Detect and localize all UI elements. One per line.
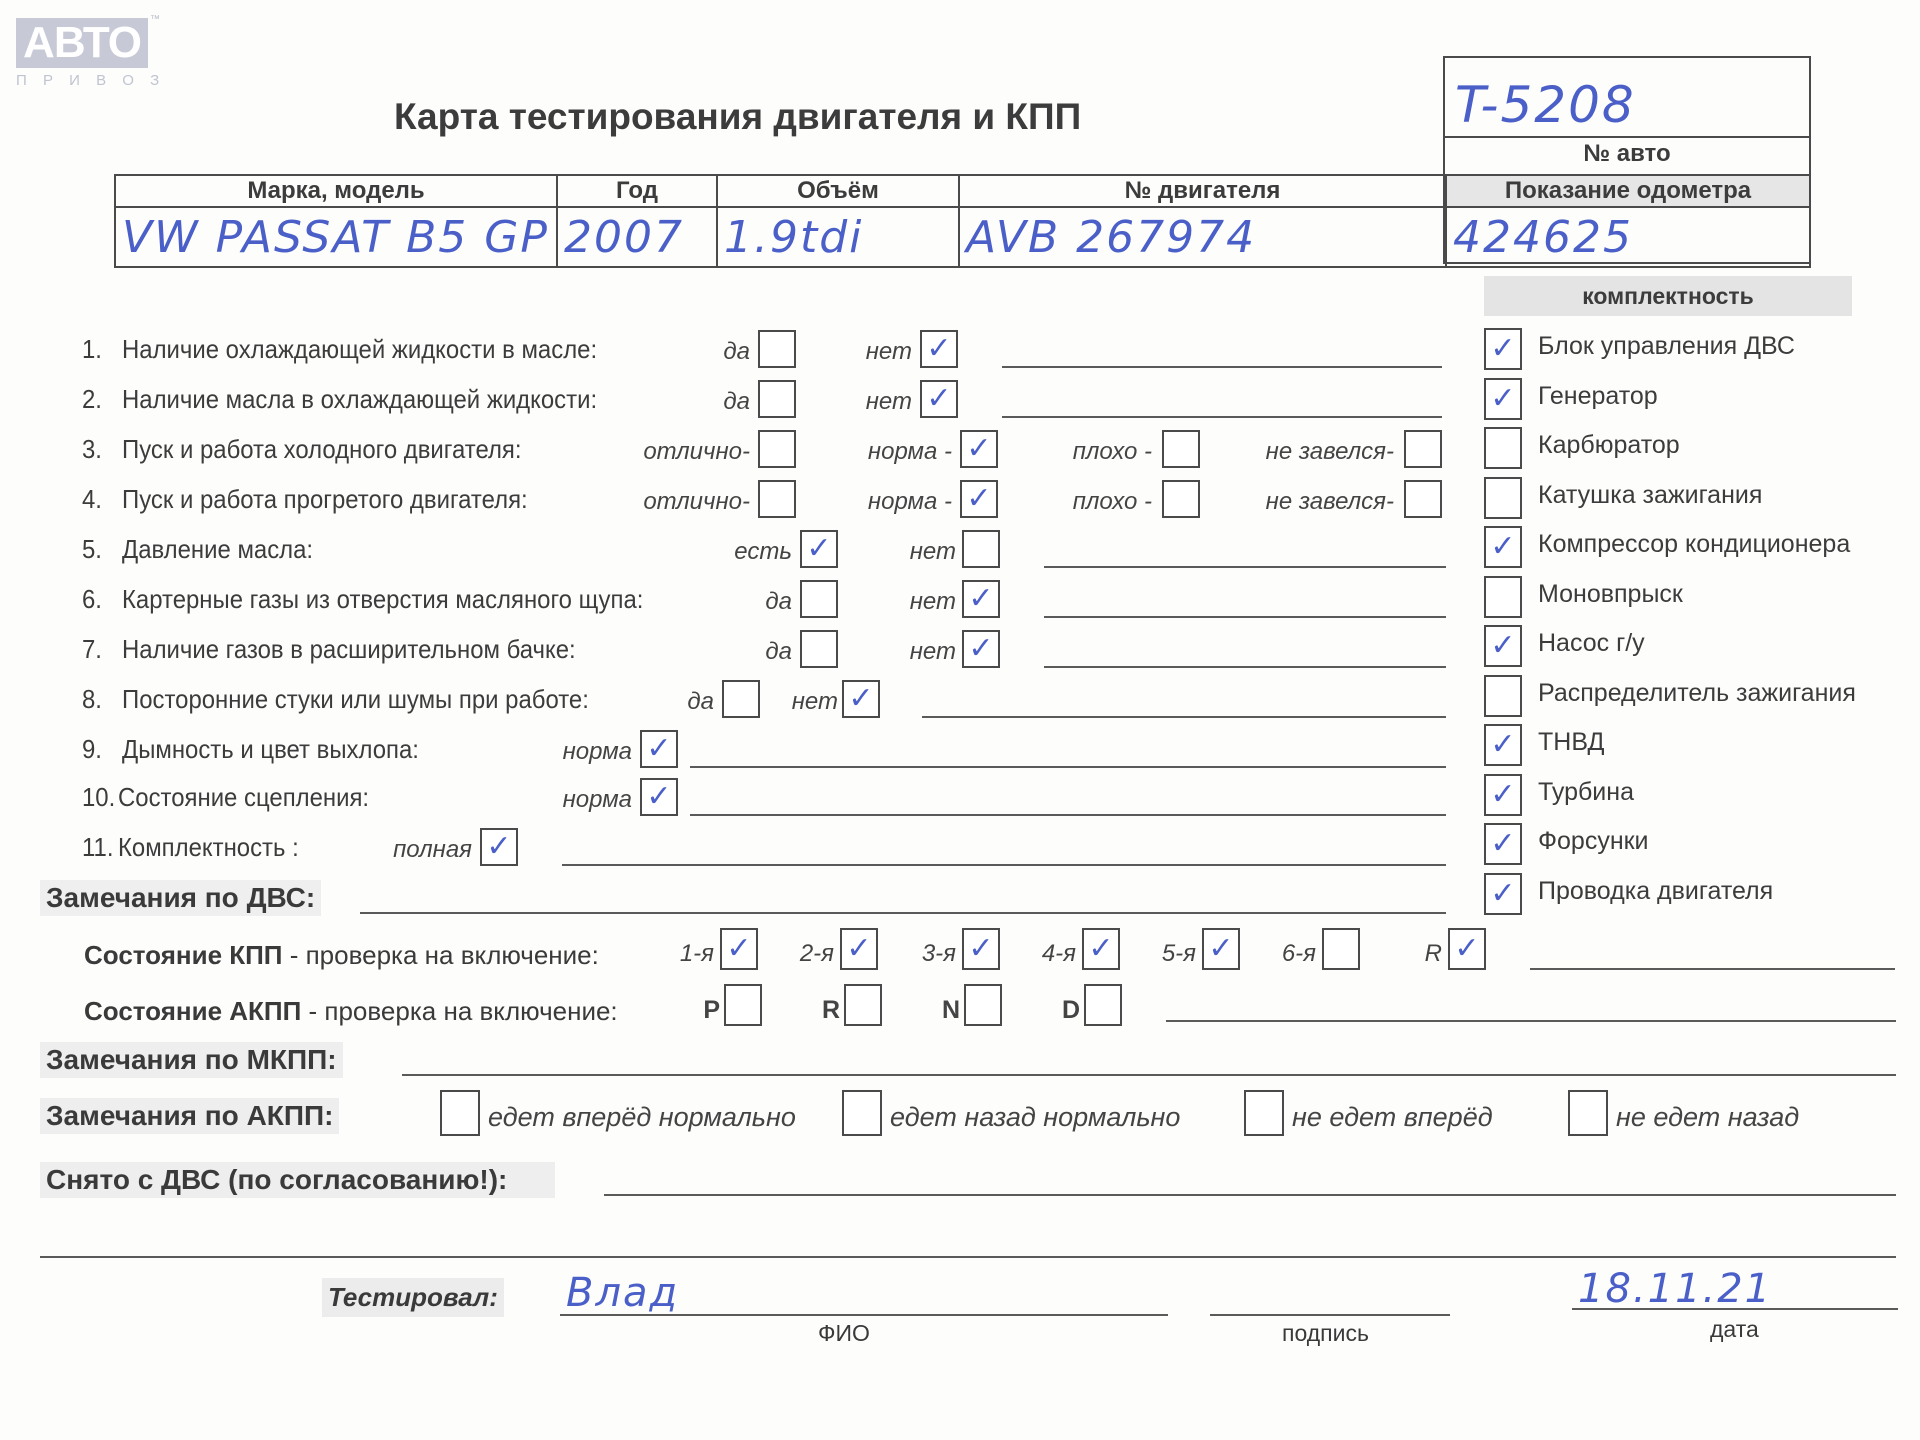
question-text: Пуск и работа холодного двигателя: (122, 434, 522, 465)
volume-value[interactable]: 1.9tdi (717, 207, 959, 267)
completeness-item-label: Проводка двигателя (1538, 877, 1773, 906)
check-mark-icon: ✓ (1486, 875, 1520, 913)
question-notes-field[interactable] (922, 716, 1446, 718)
auto-remark-label: не едет назад (1616, 1102, 1799, 1133)
signature-caption: подпись (1282, 1320, 1369, 1347)
auto-gearbox-label-bold: Состояние АКПП (84, 996, 301, 1026)
completeness-item-label: Карбюратор (1538, 431, 1680, 460)
col-label-engine-number: № двигателя (959, 175, 1446, 207)
remarks-auto-label: Замечания по АКПП: (40, 1098, 339, 1134)
option-label: плохо - (1073, 488, 1152, 516)
check-mark-icon: ✓ (482, 830, 516, 864)
option-label: норма - (868, 438, 952, 466)
question-notes-field[interactable] (1002, 416, 1442, 418)
check-mark-icon: ✓ (962, 482, 996, 516)
check-mark-icon: ✓ (1450, 930, 1484, 968)
auto-gearbox-label-rest: - проверка на включение: (301, 996, 617, 1026)
gear-checkbox[interactable]: ✓ (1202, 928, 1240, 970)
engine-number-value[interactable]: AVB 267974 (959, 207, 1446, 267)
option-label: нет (792, 688, 838, 716)
question-number: 8. (82, 684, 102, 715)
option-label: да (765, 638, 792, 666)
tested-by-label: Тестировал: (322, 1278, 504, 1317)
option-label: нет (910, 538, 956, 566)
question-notes-field[interactable] (1044, 566, 1446, 568)
option-checkbox[interactable]: ✓ (960, 480, 998, 518)
check-mark-icon: ✓ (1486, 726, 1520, 764)
question-notes-field[interactable] (690, 766, 1446, 768)
make-model-value[interactable]: VW PASSAT B5 GP (115, 207, 557, 267)
option-checkbox[interactable] (1162, 480, 1200, 518)
manual-gearbox-notes-field[interactable] (1530, 968, 1895, 970)
question-notes-field[interactable] (1002, 366, 1442, 368)
auto-remark-label: едет вперёд нормально (488, 1102, 796, 1133)
option-label: норма - (868, 488, 952, 516)
completeness-item-label: Насос г/у (1538, 629, 1645, 658)
completeness-checkbox[interactable]: ✓ (1484, 873, 1522, 915)
auto-position-checkbox[interactable] (964, 984, 1002, 1026)
manual-gearbox-label-rest: - проверка на включение: (283, 940, 599, 970)
auto-remark-label: не едет вперёд (1292, 1102, 1493, 1133)
gear-checkbox[interactable] (1322, 928, 1360, 970)
gear-label: 4-я (1042, 940, 1076, 968)
logo-brand: АВТО (16, 18, 148, 68)
page-title: Карта тестирования двигателя и КПП (394, 96, 1081, 138)
col-label-make-model: Марка, модель (115, 175, 557, 207)
col-label-volume: Объём (717, 175, 959, 207)
question-number: 10. (82, 782, 115, 813)
option-label: отлично- (643, 488, 750, 516)
gear-label: 6-я (1282, 940, 1316, 968)
completeness-checkbox[interactable] (1484, 427, 1522, 469)
auto-position-label: R (822, 996, 840, 1025)
completeness-item-label: Форсунки (1538, 827, 1649, 856)
check-mark-icon: ✓ (1204, 930, 1238, 968)
vehicle-info-table: Марка, модель Год Объём № двигателя Пока… (114, 174, 1811, 268)
col-label-odometer: Показание одометра (1446, 175, 1810, 207)
gear-checkbox[interactable]: ✓ (720, 928, 758, 970)
auto-remark-checkbox[interactable] (1568, 1090, 1608, 1136)
auto-position-label: P (703, 996, 720, 1025)
option-label: да (723, 338, 750, 366)
manual-gearbox-label-bold: Состояние КПП (84, 940, 283, 970)
car-number-value[interactable]: T-5208 (1455, 76, 1636, 134)
removed-label: Снято с ДВС (по согласованию!): (40, 1162, 555, 1198)
completeness-checkbox[interactable]: ✓ (1484, 378, 1522, 420)
odometer-value[interactable]: 424625 (1446, 207, 1810, 267)
completeness-item-label: Блок управления ДВС (1538, 332, 1795, 361)
option-checkbox[interactable] (722, 680, 760, 718)
gear-label: 5-я (1162, 940, 1196, 968)
completeness-checkbox[interactable]: ✓ (1484, 774, 1522, 816)
logo-tm: ™ (150, 14, 160, 25)
auto-position-label: D (1062, 996, 1080, 1025)
question-number: 4. (82, 484, 102, 515)
option-label: не завелся- (1266, 488, 1394, 516)
option-checkbox[interactable]: ✓ (842, 680, 880, 718)
tester-name[interactable]: Влад (566, 1270, 679, 1316)
option-checkbox[interactable]: ✓ (480, 828, 518, 866)
completeness-item-label: ТНВД (1538, 728, 1604, 757)
auto-position-checkbox[interactable] (724, 984, 762, 1026)
option-label: нет (910, 588, 956, 616)
option-checkbox[interactable] (758, 480, 796, 518)
check-mark-icon: ✓ (802, 532, 836, 566)
completeness-checkbox[interactable] (1484, 477, 1522, 519)
completeness-checkbox[interactable]: ✓ (1484, 526, 1522, 568)
option-checkbox[interactable]: ✓ (962, 630, 1000, 668)
completeness-item-label: Моновпрыск (1538, 580, 1683, 609)
question-number: 7. (82, 634, 102, 665)
test-date[interactable]: 18.11.21 (1578, 1266, 1772, 1312)
option-label: нет (866, 338, 912, 366)
option-label: нет (866, 388, 912, 416)
check-mark-icon: ✓ (722, 930, 756, 968)
question-text: Состояние сцепления: (118, 782, 369, 813)
check-mark-icon: ✓ (1486, 776, 1520, 814)
completeness-checkbox[interactable]: ✓ (1484, 724, 1522, 766)
option-checkbox[interactable]: ✓ (640, 730, 678, 768)
gear-checkbox[interactable]: ✓ (1448, 928, 1486, 970)
gear-label: 3-я (922, 940, 956, 968)
check-mark-icon: ✓ (964, 632, 998, 666)
date-line (1572, 1308, 1898, 1310)
check-mark-icon: ✓ (1486, 330, 1520, 368)
auto-remark-checkbox[interactable] (842, 1090, 882, 1136)
check-mark-icon: ✓ (922, 382, 956, 416)
check-mark-icon: ✓ (962, 432, 996, 466)
option-checkbox[interactable] (758, 380, 796, 418)
option-checkbox[interactable]: ✓ (800, 530, 838, 568)
signature-line[interactable] (1210, 1314, 1450, 1316)
removed-field[interactable] (604, 1194, 1896, 1196)
question-number: 3. (82, 434, 102, 465)
car-number-label: № авто (1445, 140, 1809, 168)
option-checkbox[interactable] (1404, 430, 1442, 468)
question-text: Наличие газов в расширительном бачке: (122, 634, 576, 665)
completeness-item-label: Катушка зажигания (1538, 481, 1762, 510)
question-text: Пуск и работа прогретого двигателя: (122, 484, 528, 515)
option-label: норма (563, 738, 632, 766)
check-mark-icon: ✓ (1486, 825, 1520, 863)
auto-position-checkbox[interactable] (1084, 984, 1122, 1026)
check-mark-icon: ✓ (844, 682, 878, 716)
check-mark-icon: ✓ (1486, 380, 1520, 418)
remarks-engine-field[interactable] (360, 912, 1446, 914)
option-label: да (765, 588, 792, 616)
option-checkbox[interactable] (758, 430, 796, 468)
check-mark-icon: ✓ (1084, 930, 1118, 968)
remarks-engine-label: Замечания по ДВС: (40, 880, 321, 916)
completeness-title: комплектность (1484, 276, 1852, 316)
tester-name-line (560, 1314, 1168, 1316)
removed-field-line-2[interactable] (40, 1256, 1896, 1258)
auto-remark-checkbox[interactable] (440, 1090, 480, 1136)
year-value[interactable]: 2007 (557, 207, 717, 267)
completeness-checkbox[interactable] (1484, 675, 1522, 717)
option-label: да (723, 388, 750, 416)
question-number: 2. (82, 384, 102, 415)
question-number: 5. (82, 534, 102, 565)
option-label: да (687, 688, 714, 716)
check-mark-icon: ✓ (642, 732, 676, 766)
auto-gearbox-label: Состояние АКПП - проверка на включение: (84, 996, 618, 1027)
check-mark-icon: ✓ (922, 332, 956, 366)
question-text: Наличие охлаждающей жидкости в масле: (122, 334, 597, 365)
auto-position-label: N (942, 996, 960, 1025)
gear-label: 1-я (680, 940, 714, 968)
option-label: полная (393, 836, 472, 864)
remarks-manual-field[interactable] (402, 1074, 1896, 1076)
name-caption: ФИО (818, 1320, 870, 1347)
completeness-checkbox[interactable]: ✓ (1484, 823, 1522, 865)
option-checkbox[interactable]: ✓ (920, 380, 958, 418)
question-notes-field[interactable] (1044, 666, 1446, 668)
option-label: есть (734, 538, 792, 566)
question-text: Наличие масла в охлаждающей жидкости: (122, 384, 597, 415)
auto-position-checkbox[interactable] (844, 984, 882, 1026)
gear-label: 2-я (800, 940, 834, 968)
gear-checkbox[interactable]: ✓ (1082, 928, 1120, 970)
gear-checkbox[interactable]: ✓ (962, 928, 1000, 970)
option-checkbox[interactable] (800, 630, 838, 668)
avto-privoz-logo: АВТО ™ П Р И В О З (16, 18, 165, 89)
option-label: плохо - (1073, 438, 1152, 466)
option-label: нет (910, 638, 956, 666)
question-notes-field[interactable] (690, 814, 1446, 816)
check-mark-icon: ✓ (642, 780, 676, 814)
option-checkbox[interactable]: ✓ (962, 580, 1000, 618)
question-notes-field[interactable] (562, 864, 1446, 866)
question-number: 9. (82, 734, 102, 765)
completeness-item-label: Турбина (1538, 778, 1634, 807)
check-mark-icon: ✓ (842, 930, 876, 968)
auto-remark-checkbox[interactable] (1244, 1090, 1284, 1136)
option-checkbox[interactable] (962, 530, 1000, 568)
logo-sub: П Р И В О З (16, 72, 165, 89)
completeness-item-label: Компрессор кондиционера (1538, 530, 1850, 559)
gear-label: R (1425, 940, 1442, 968)
check-mark-icon: ✓ (1486, 528, 1520, 566)
completeness-item-label: Распределитель зажигания (1538, 679, 1856, 708)
option-checkbox[interactable] (1404, 480, 1442, 518)
completeness-checkbox[interactable] (1484, 576, 1522, 618)
auto-gearbox-notes-field[interactable] (1166, 1020, 1896, 1022)
question-number: 11. (82, 832, 113, 863)
manual-gearbox-label: Состояние КПП - проверка на включение: (84, 940, 599, 971)
question-text: Комплектность : (118, 832, 299, 863)
question-number: 6. (82, 584, 102, 615)
question-text: Посторонние стуки или шумы при работе: (122, 684, 589, 715)
option-checkbox[interactable]: ✓ (640, 778, 678, 816)
option-checkbox[interactable] (800, 580, 838, 618)
auto-remark-label: едет назад нормально (890, 1102, 1180, 1133)
date-caption: дата (1710, 1316, 1759, 1343)
completeness-item-label: Генератор (1538, 382, 1658, 411)
option-checkbox[interactable] (758, 330, 796, 368)
completeness-checkbox[interactable]: ✓ (1484, 625, 1522, 667)
option-label: отлично- (643, 438, 750, 466)
completeness-checkbox[interactable]: ✓ (1484, 328, 1522, 370)
option-checkbox[interactable] (1162, 430, 1200, 468)
check-mark-icon: ✓ (1486, 627, 1520, 665)
question-number: 1. (82, 334, 102, 365)
question-text: Давление масла: (122, 534, 313, 565)
option-label: не завелся- (1266, 438, 1394, 466)
gear-checkbox[interactable]: ✓ (840, 928, 878, 970)
option-label: норма (563, 786, 632, 814)
remarks-manual-label: Замечания по МКПП: (40, 1042, 343, 1078)
col-label-year: Год (557, 175, 717, 207)
check-mark-icon: ✓ (964, 930, 998, 968)
question-notes-field[interactable] (1044, 616, 1446, 618)
option-checkbox[interactable]: ✓ (920, 330, 958, 368)
option-checkbox[interactable]: ✓ (960, 430, 998, 468)
question-text: Дымность и цвет выхлопа: (122, 734, 419, 765)
question-text: Картерные газы из отверстия масляного щу… (122, 584, 643, 615)
check-mark-icon: ✓ (964, 582, 998, 616)
